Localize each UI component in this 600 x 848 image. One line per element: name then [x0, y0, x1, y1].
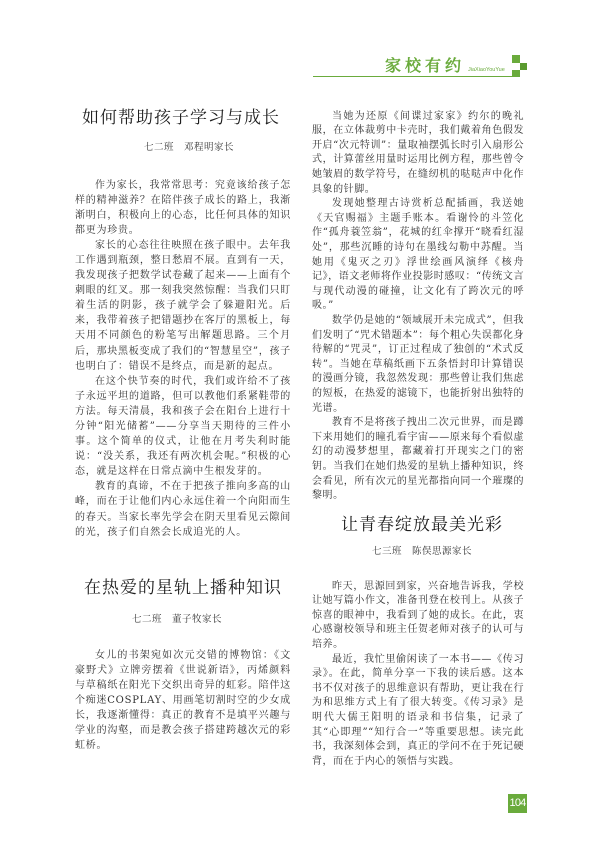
- article-paragraph: 数学仍是她的“领域展开未完成式”，但我们发明了“咒术错题本”：每个粗心失误都化身…: [312, 314, 524, 416]
- article-byline: 七三班 陈俣思源家长: [366, 546, 478, 558]
- article-paragraph: 教育不是将孩子拽出二次元世界，而是蹲下来用她们的瞳孔看宇宙——原来每个看似虚幻的…: [312, 416, 524, 504]
- article-paragraph: 发现她整理古诗赏析总配插画，我送她《天官赐福》主题手账本。看谢怜的斗笠化作“孤舟…: [312, 197, 524, 314]
- logo-square-right-icon: [520, 63, 527, 70]
- article-paragraph: 最近，我忙里偷闲读了一本书——《传习录》。在此，简单分享一下我的读后感。这本书不…: [312, 653, 524, 770]
- article-paragraph: 家长的心态往往映照在孩子眼中。去年我工作遇到瓶颈，整日愁眉不展。直到有一天，我发…: [75, 238, 291, 374]
- article-paragraph: 昨天，思源回到家，兴奋地告诉我，学校让她写篇小作文，准备刊登在校刊上。从孩子惊喜…: [312, 580, 524, 653]
- article-title: 让青春绽放最美光彩: [307, 514, 537, 536]
- logo-square-bottom-icon: [512, 70, 520, 77]
- article-title: 如何帮助孩子学习与成长: [66, 107, 296, 129]
- page-number-badge: 104: [508, 794, 527, 813]
- article-body: 作为家长，我常常思考：究竟该给孩子怎样的精神滋养？在陪伴孩子成长的路上，我渐渐明…: [75, 178, 291, 540]
- logo-square-top-icon: [512, 55, 520, 63]
- article-paragraph: 当她为还原《间谍过家家》约尔的晚礼服，在立体裁剪中卡壳时，我们戴着角色假发开启“…: [312, 110, 524, 198]
- section-title: 家校有约: [385, 56, 465, 76]
- header-rule: [313, 76, 512, 77]
- article-paragraph: 在这个快节奏的时代，我们或许给不了孩子永远平坦的道路，但可以教他们系紧鞋带的方法…: [75, 374, 291, 480]
- article-paragraph: 女儿的书架宛如次元交错的博物馆：《文豪野犬》立牌旁摆着《世说新语》，丙烯颜料与草…: [75, 648, 291, 754]
- section-pinyin: JiaXiaoYouYue: [468, 67, 505, 74]
- article-paragraph: 作为家长，我常常思考：究竟该给孩子怎样的精神滋养？在陪伴孩子成长的路上，我渐渐明…: [75, 178, 291, 238]
- article-body: 昨天，思源回到家，兴奋地告诉我，学校让她写篇小作文，准备刊登在校刊上。从孩子惊喜…: [312, 580, 524, 770]
- article-paragraph: 教育的真谛，不在于把孩子推向多高的山峰，而在于让他们内心永远住着一个向阳而生的春…: [75, 479, 291, 539]
- article-body: 女儿的书架宛如次元交错的博物馆：《文豪野犬》立牌旁摆着《世说新语》，丙烯颜料与草…: [75, 648, 291, 754]
- article-body-continued: 当她为还原《间谍过家家》约尔的晚礼服，在立体裁剪中卡壳时，我们戴着角色假发开启“…: [312, 110, 524, 504]
- article-byline: 七二班 董子牧家长: [127, 614, 227, 626]
- article-byline: 七二班 邓程明家长: [139, 142, 239, 154]
- magazine-page: 家校有约 JiaXiaoYouYue 如何帮助孩子学习与成长 七二班 邓程明家长…: [0, 0, 600, 848]
- article-title: 在热爱的星轨上播种知识: [68, 577, 298, 599]
